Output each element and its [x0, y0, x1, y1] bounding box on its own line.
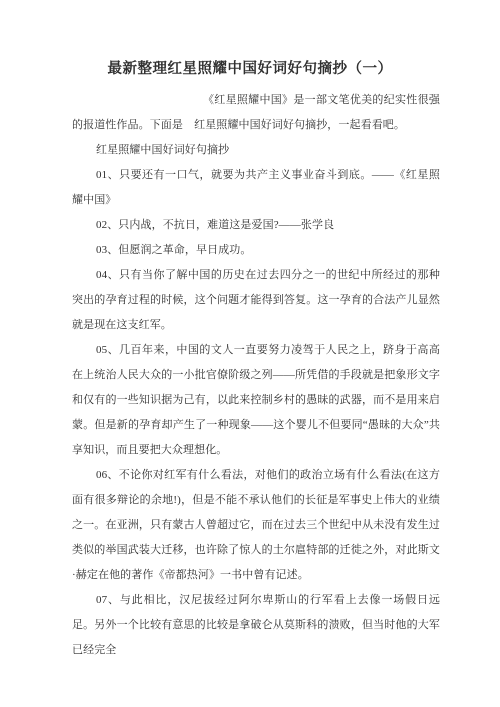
- paragraph: 03、但愿润之革命，早日成功。: [72, 238, 440, 263]
- paragraph: 红星照耀中国好词好句摘抄: [72, 138, 440, 163]
- document-body: 《红星照耀中国》是一部文笔优美的纪实性很强的报道性作品。下面是 红星照耀中国好词…: [0, 88, 500, 663]
- paragraph: 01、只要还有一口气，就要为共产主义事业奋斗到底。——《红星照耀中国》: [72, 163, 440, 213]
- document-page: 最新整理红星照耀中国好词好句摘抄（一） 《红星照耀中国》是一部文笔优美的纪实性很…: [0, 0, 500, 707]
- paragraph: 07、与此相比，汉尼拔经过阿尔卑斯山的行军看上去像一场假日远足。另外一个比较有意…: [72, 588, 440, 663]
- paragraph: 02、只内战，不抗日，难道这是爱国?——张学良: [72, 213, 440, 238]
- page-title: 最新整理红星照耀中国好词好句摘抄（一）: [0, 0, 500, 80]
- paragraph: 06、不论你对红军有什么看法，对他们的政治立场有什么看法(在这方面有很多辩论的余…: [72, 463, 440, 588]
- paragraph: 《红星照耀中国》是一部文笔优美的纪实性很强的报道性作品。下面是 红星照耀中国好词…: [72, 88, 440, 138]
- paragraph: 05、几百年来，中国的文人一直要努力凌驾于人民之上，跻身于高高在上统治人民大众的…: [72, 338, 440, 463]
- paragraph: 04、只有当你了解中国的历史在过去四分之一的世纪中所经过的那种突出的孕育过程的时…: [72, 263, 440, 338]
